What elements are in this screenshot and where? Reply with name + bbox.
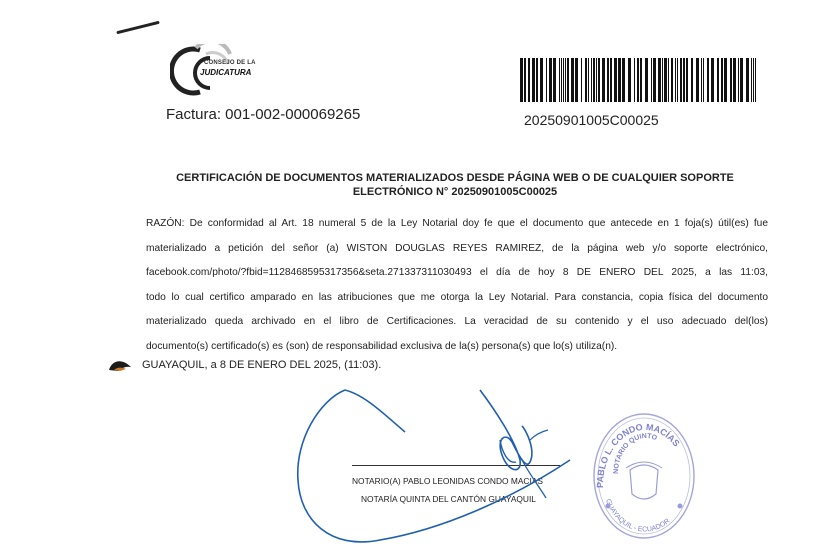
body-line: facebook.com/photo/?fbid=112846859531735… xyxy=(146,261,768,286)
body-line: materializado queda archivado en el libr… xyxy=(146,310,768,335)
svg-text:GUAYAQUIL - ECUADOR: GUAYAQUIL - ECUADOR xyxy=(604,498,671,533)
logo-text-line2: JUDICATURA xyxy=(200,68,251,77)
notary-stamp: PABLO L. CONDO MACÍAS NOTARIO QUINTO GUA… xyxy=(588,408,698,543)
barcode xyxy=(518,58,760,102)
document-title: CERTIFICACIÓN DE DOCUMENTOS MATERIALIZAD… xyxy=(140,171,770,199)
bird-icon xyxy=(108,358,132,372)
pen-mark xyxy=(116,21,159,35)
body-line: documento(s) certificado(s) es (son) de … xyxy=(146,335,768,360)
certification-body: RAZÓN: De conformidad al Art. 18 numeral… xyxy=(146,212,768,360)
body-line: todo lo cual certifico amparado en las a… xyxy=(146,286,768,311)
logo-text-line1: CONSEJO DE LA xyxy=(204,60,256,66)
body-line: RAZÓN: De conformidad al Art. 18 numeral… xyxy=(146,212,768,237)
invoice-number: Factura: 001-002-000069265 xyxy=(166,106,360,123)
handwritten-signature xyxy=(290,380,590,550)
title-line1: CERTIFICACIÓN DE DOCUMENTOS MATERIALIZAD… xyxy=(140,171,770,185)
svg-text:PABLO L. CONDO MACÍAS: PABLO L. CONDO MACÍAS xyxy=(595,422,682,488)
barcode-number: 20250901005C00025 xyxy=(524,112,659,128)
place-date: GUAYAQUIL, a 8 DE ENERO DEL 2025, (11:03… xyxy=(142,359,381,371)
title-line2: ELECTRÓNICO N° 20250901005C00025 xyxy=(140,185,770,199)
body-line: materializado a petición del señor (a) W… xyxy=(146,237,768,262)
